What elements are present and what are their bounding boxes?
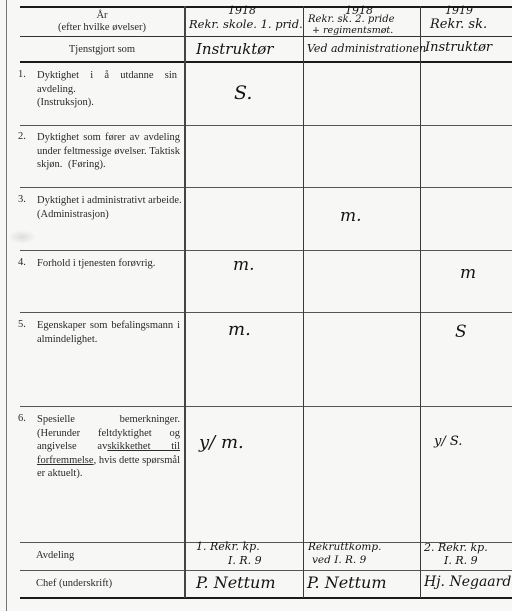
criterion-2-sub: (Føring). (68, 158, 178, 172)
evaluation-form: År (efter hvilke øvelser) Tjenstgjort so… (0, 0, 512, 611)
col3-grade-4: m (460, 263, 476, 283)
col1-avdeling-line2: I. R. 9 (228, 554, 262, 567)
row-divider-7 (20, 570, 512, 571)
bottom-border (20, 597, 512, 599)
row-divider-2 (20, 187, 512, 188)
col3-year: 1919 (445, 4, 473, 17)
col3-exercise: Rekr. sk. (430, 17, 487, 32)
criterion-1-sub: (Instruksjon). (37, 96, 177, 110)
col1-grade-4: m. (233, 255, 255, 275)
left-border (6, 0, 7, 611)
criterion-2-number: 2. (18, 131, 26, 142)
criterion-1-text: Dyktighet i å utdanne sin avdeling. (37, 69, 177, 96)
row-divider-1 (20, 125, 512, 126)
avdeling-label: Avdeling (36, 549, 74, 563)
col1-grade-1: S. (234, 82, 252, 104)
col3-avdeling-line1: 2. Rekr. kp. (424, 541, 488, 554)
served-as-label: Tjenstgjort som (20, 43, 184, 57)
col1-grade-5: m. (228, 319, 251, 340)
criterion-4-number: 4. (18, 257, 26, 268)
col-divider-2 (303, 6, 304, 598)
col2-chief-signature: P. Nettum (307, 573, 387, 592)
paper-smudge (8, 230, 36, 244)
criterion-5-number: 5. (18, 319, 26, 330)
criterion-1-number: 1. (18, 69, 26, 80)
col3-grade-6: y/ S. (434, 434, 462, 449)
col1-year: 1918 (228, 4, 256, 17)
col-divider-1 (184, 6, 186, 598)
col1-served-as: Instruktør (196, 40, 273, 58)
col1-chief-signature: P. Nettum (196, 573, 276, 592)
col2-exercise-line2: + regimentsmøt. (312, 25, 393, 36)
criterion-4-text: Forhold i tjenesten forøvrig. (37, 257, 182, 271)
col2-exercise: Rekr. sk. 2. pride (308, 14, 395, 25)
criterion-3-text: Dyktighet i administrativt arbeide. (37, 194, 182, 208)
col1-avdeling-line1: 1. Rekr. kp. (196, 540, 260, 553)
header-bottom-border (20, 61, 512, 63)
criterion-6-text: Spesielle bemerkninger. (Herunder feltdy… (37, 413, 180, 481)
row-divider-3 (20, 250, 512, 251)
row-divider-5 (20, 406, 512, 407)
chief-label: Chef (underskrift) (36, 577, 112, 591)
criterion-3-sub: (Administrasjon) (37, 208, 177, 222)
year-sublabel: (efter hvilke øvelser) (20, 21, 184, 35)
col2-grade-3: m. (340, 206, 362, 226)
criterion-6-number: 6. (18, 413, 26, 424)
col-divider-3 (420, 6, 421, 598)
top-border (20, 6, 512, 8)
criterion-5-text: Egenskaper som befalingsmann i almindeli… (37, 319, 180, 346)
col2-served-as: Ved administrationen (307, 42, 426, 55)
criterion-3-number: 3. (18, 194, 26, 205)
col3-grade-5: S (455, 322, 467, 342)
header-divider (20, 36, 512, 37)
col2-avdeling-line2: ved I. R. 9 (312, 554, 366, 566)
col3-chief-signature: Hj. Negaard (424, 574, 511, 590)
col1-exercise: Rekr. skole. 1. prid. (189, 17, 303, 31)
col2-avdeling-line1: Rekruttkomp. (308, 541, 381, 553)
col3-served-as: Instruktør (425, 40, 492, 55)
row-divider-4 (20, 312, 512, 313)
col3-avdeling-line2: I. R. 9 (444, 554, 478, 567)
col1-grade-6: y/ m. (199, 432, 244, 453)
